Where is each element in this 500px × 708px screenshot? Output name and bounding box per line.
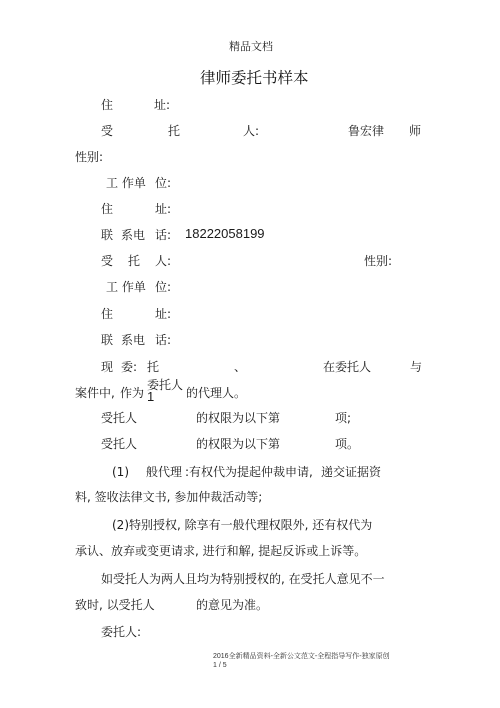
entrust-separator: 、: [234, 360, 246, 374]
agent-label-part1: 受: [101, 124, 113, 138]
case-text-2: 作为: [120, 386, 144, 400]
address-label-part2: 址:: [154, 98, 170, 112]
case-text-1: 案件中,: [75, 386, 115, 400]
agent-name: 鲁宏律: [348, 124, 384, 138]
address-label-part1: 住: [101, 98, 113, 112]
authority2-text-c: 项。: [335, 437, 359, 451]
agent2-label-part3: 人:: [155, 254, 171, 268]
phone-label-part1: 联: [101, 228, 113, 242]
case-stacked-principal: 委托人 1: [147, 380, 183, 402]
agent2-phone-part1: 联: [101, 333, 113, 347]
phone-value: 18222058199: [185, 227, 265, 241]
authority2-text-a: 受托人: [101, 437, 137, 451]
authority2-text-b: 的权限为以下第: [196, 437, 280, 451]
item2-line1: (2)特别授权, 除享有一般代理权限外, 还有权代为: [112, 518, 372, 532]
item1-number: (1): [112, 465, 129, 479]
agent2-phone-part2: 系电: [121, 333, 145, 347]
work-unit-label-part2: 位:: [155, 176, 171, 190]
item1-continuation: 料, 签收法律文书, 参加仲裁活动等;: [75, 490, 262, 504]
agent2-work-unit-part1: 工 作单: [106, 280, 146, 294]
address-label-part1: 住: [101, 202, 113, 216]
note-line1: 如受托人为两人且均为特别授权的, 在受托人意见不一: [101, 572, 385, 586]
gender-label: 性别:: [75, 150, 103, 164]
page-number: 1 / 5: [213, 661, 227, 670]
agent-label-part2: 托: [168, 124, 180, 138]
document-title: 律师委托书样本: [200, 69, 309, 87]
entrust-text-5: 与: [410, 360, 422, 374]
authority1-text-c: 项;: [335, 411, 351, 425]
agent2-work-unit-part2: 位:: [155, 280, 171, 294]
entrust-text-1: 现: [101, 360, 113, 374]
footer-text: 2016全新精品资料-全新公文范文-全程指导写作-独家原创: [213, 652, 390, 661]
item2-line2: 承认、放弃或变更请求, 进行和解, 提起反诉或上诉等。: [75, 544, 366, 558]
agent-label-part3: 人:: [243, 124, 259, 138]
work-unit-label-part1: 工 作单: [106, 176, 146, 190]
item1-text-a: 般代理: [146, 465, 182, 479]
case-stack-bottom: 1: [147, 391, 183, 402]
principal-signature-label: 委托人:: [101, 625, 141, 639]
entrust-text-2: 委:: [121, 360, 137, 374]
authority1-text-a: 受托人: [101, 411, 137, 425]
agent2-label-part1: 受: [101, 254, 113, 268]
agent2-address-part1: 住: [101, 307, 113, 321]
agent2-phone-part3: 话:: [155, 333, 171, 347]
agent2-label-part2: 托: [128, 254, 140, 268]
agent2-gender-label: 性别:: [364, 254, 392, 268]
agent2-address-part2: 址:: [155, 307, 171, 321]
agent-name-suffix: 师: [409, 124, 421, 138]
item1-text-b: :有权代为提起仲裁申请,: [185, 465, 313, 479]
note-text-b: 的意见为准。: [196, 598, 268, 612]
phone-label-part3: 话:: [155, 228, 171, 242]
address-label-part2: 址:: [155, 202, 171, 216]
case-text-3: 的代理人。: [186, 386, 246, 400]
authority1-text-b: 的权限为以下第: [196, 411, 280, 425]
item1-text-c: 递交证据资: [321, 465, 381, 479]
phone-label-part2: 系电: [121, 228, 145, 242]
entrust-text-3: 托: [147, 360, 159, 374]
note-text-a: 致时, 以受托人: [75, 598, 155, 612]
entrust-text-4: 在委托人: [323, 360, 371, 374]
document-header: 精品文档: [229, 40, 273, 54]
